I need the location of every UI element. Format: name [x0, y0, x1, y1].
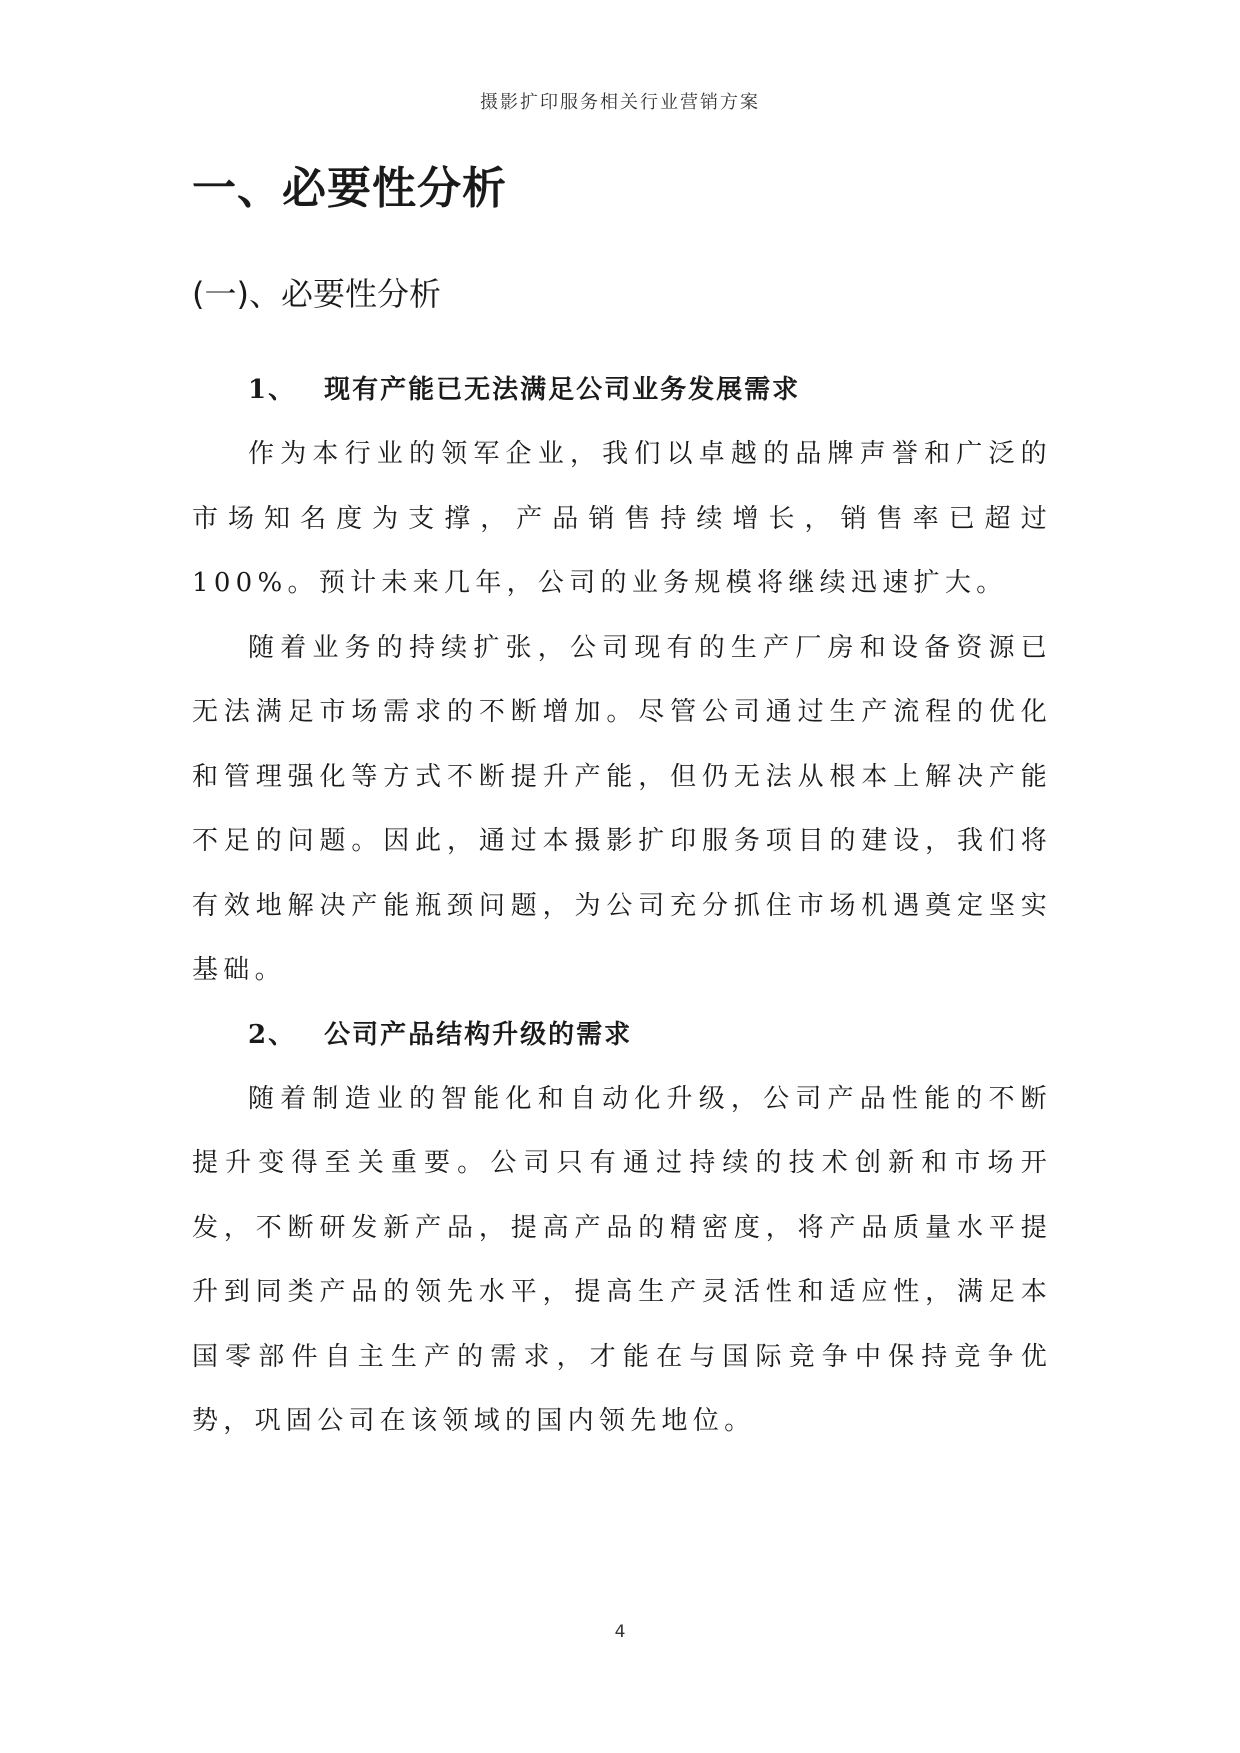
paragraph: 随着业务的持续扩张，公司现有的生产厂房和设备资源已无法满足市场需求的不断增加。尽… — [192, 616, 1052, 1003]
subsection-number: 2、 — [248, 1020, 296, 1050]
chapter-title: 一、必要性分析 — [192, 150, 1052, 228]
subsection-heading: 1、现有产能已无法满足公司业务发展需求 — [192, 358, 1052, 422]
subsection-heading: 2、公司产品结构升级的需求 — [192, 1003, 1052, 1067]
subsection-title: 现有产能已无法满足公司业务发展需求 — [324, 375, 800, 405]
paragraph: 随着制造业的智能化和自动化升级，公司产品性能的不断提升变得至关重要。公司只有通过… — [192, 1067, 1052, 1454]
subsection-1: 1、现有产能已无法满足公司业务发展需求 作为本行业的领军企业，我们以卓越的品牌声… — [192, 358, 1052, 1003]
subsection-title: 公司产品结构升级的需求 — [324, 1020, 632, 1050]
paragraph: 作为本行业的领军企业，我们以卓越的品牌声誉和广泛的市场知名度为支撑，产品销售持续… — [192, 422, 1052, 616]
page-number: 4 — [0, 1622, 1240, 1642]
section-title: (一)、必要性分析 — [192, 264, 1052, 324]
running-header: 摄影扩印服务相关行业营销方案 — [0, 88, 1240, 114]
subsection-2: 2、公司产品结构升级的需求 随着制造业的智能化和自动化升级，公司产品性能的不断提… — [192, 1003, 1052, 1454]
page-content: 一、必要性分析 (一)、必要性分析 1、现有产能已无法满足公司业务发展需求 作为… — [192, 150, 1052, 1454]
subsection-number: 1、 — [248, 375, 296, 405]
